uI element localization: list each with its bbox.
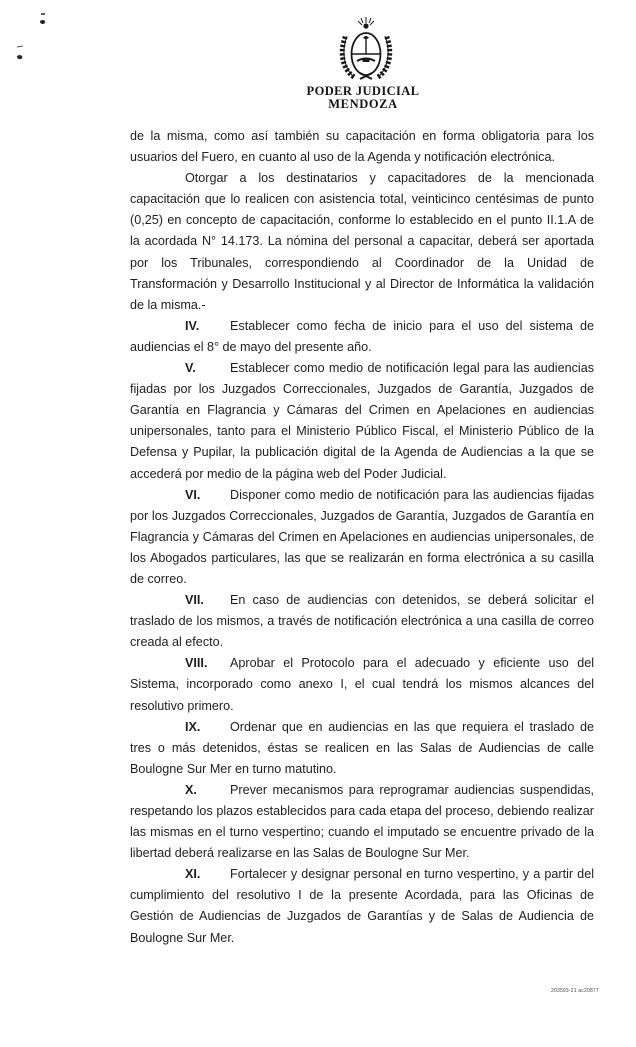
item-number: IV.	[185, 316, 230, 337]
resolution-item-iv: IV.Establecer como fecha de inicio para …	[130, 316, 594, 358]
resolution-item-ix: IX.Ordenar que en audiencias en las que …	[130, 717, 594, 780]
paragraph-text: Otorgar a los destinatarios y capacitado…	[130, 171, 594, 312]
letterhead: PODER JUDICIAL MENDOZA	[242, 85, 484, 111]
paragraph-text: Establecer como medio de notificación le…	[130, 361, 594, 480]
org-location: MENDOZA	[242, 98, 484, 111]
coat-of-arms-icon	[330, 17, 402, 83]
resolution-item-xi: XI.Fortalecer y designar personal en tur…	[130, 864, 594, 948]
ink-mark	[14, 44, 26, 66]
resolution-item-vi: VI.Disponer como medio de notificación p…	[130, 485, 594, 590]
document-page: PODER JUDICIAL MENDOZA de la misma, como…	[0, 0, 636, 1047]
resolution-item-vii: VII.En caso de audiencias con detenidos,…	[130, 590, 594, 653]
item-number: VI.	[185, 485, 230, 506]
item-number: XI.	[185, 864, 230, 885]
paragraph-text: de la misma, como así también su capacit…	[130, 129, 594, 164]
paragraph: Otorgar a los destinatarios y capacitado…	[130, 168, 594, 316]
item-number: VII.	[185, 590, 230, 611]
ink-mark	[38, 12, 48, 32]
resolution-item-v: V.Establecer como medio de notificación …	[130, 358, 594, 485]
paragraph-continuation: de la misma, como así también su capacit…	[130, 126, 594, 168]
resolution-item-x: X.Prever mecanismos para reprogramar aud…	[130, 780, 594, 864]
item-number: V.	[185, 358, 230, 379]
item-number: VIII.	[185, 653, 230, 674]
footer-stamp: 203593-21 ac20877	[551, 988, 599, 994]
document-body: de la misma, como así también su capacit…	[130, 126, 594, 949]
resolution-item-viii: VIII.Aprobar el Protocolo para el adecua…	[130, 653, 594, 716]
item-number: IX.	[185, 717, 230, 738]
item-number: X.	[185, 780, 230, 801]
